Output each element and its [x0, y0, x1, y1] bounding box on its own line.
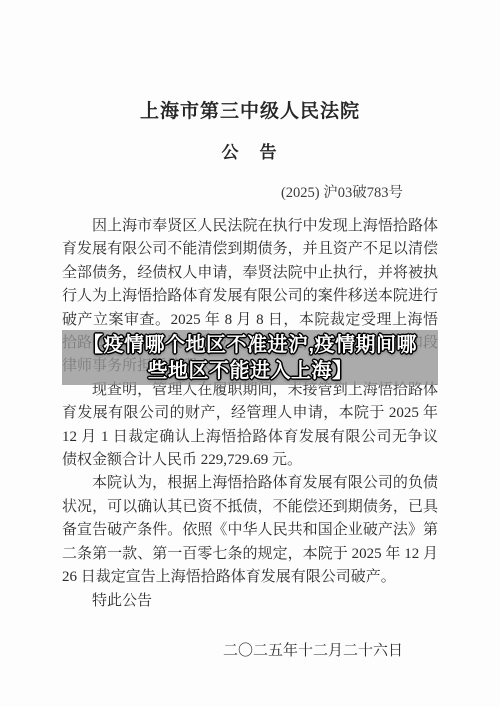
announcement-heading: 公 告 — [0, 138, 500, 163]
paragraph-closing: 特此公告 — [62, 590, 438, 613]
issue-date: 二〇二五年十二月二十六日 — [0, 639, 500, 660]
announcement-body: 因上海市奉贤区人民法院在执行中发现上海悟拾路体育发展有限公司不能清偿到期债务，并… — [62, 215, 438, 613]
paragraph-claims-confirmation: 现查明，管理人在履职期间，未接管到上海悟拾路体育发展有限公司的财产，经管理人申请… — [62, 379, 438, 473]
paragraph-filing: 因上海市奉贤区人民法院在执行中发现上海悟拾路体育发展有限公司不能清偿到期债务，并… — [62, 215, 438, 379]
court-name-title: 上海市第三中级人民法院 — [0, 0, 500, 123]
case-number: (2025) 沪03破783号 — [0, 181, 500, 202]
announcement-document: 上海市第三中级人民法院 公 告 (2025) 沪03破783号 因上海市奉贤区人… — [0, 0, 500, 707]
paragraph-ruling: 本院认为，根据上海悟拾路体育发展有限公司的负债状况，可以确认其已资不抵债，不能偿… — [62, 472, 438, 589]
